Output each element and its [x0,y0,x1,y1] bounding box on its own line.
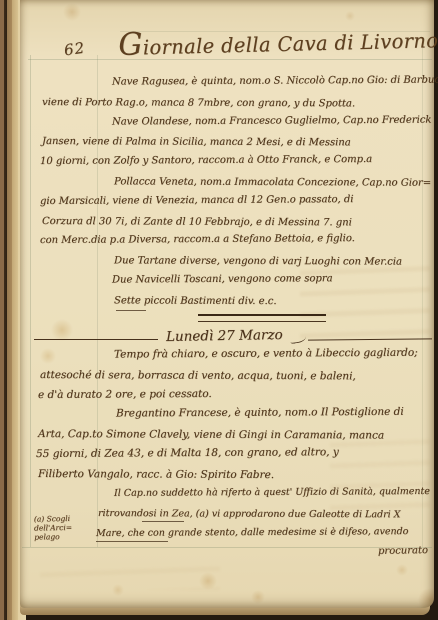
margin-note: (a) Scogli dell'Arci= pelago [34,513,100,541]
manuscript-line: 55 giorni, di Zea 43, e di Malta 18, con… [36,446,404,468]
manuscript-line: 10 giorni, con Zolfo y Santoro, raccom.a… [40,154,438,176]
sanita-report: Il Cap.no suddetto hà riferto à quest' U… [96,488,430,548]
manuscript-line: Due Navicelli Toscani, vengono come sopr… [40,272,438,294]
weather-paragraph: Tempo frà chiaro, e oscuro, e vento à Li… [38,349,418,409]
date-rule-right [308,338,432,341]
ink-bleed-through [40,560,220,590]
manuscript-line: con Merc.dia p.a Diversa, raccom.a a Ste… [40,233,438,255]
brigantine-entry: Bregantino Francese, è quinto, nom.o Il … [36,408,404,488]
date-rule-left [34,339,158,340]
ink-underline [116,310,146,311]
margin-note-line: (a) Scogli dell'Arci= [34,513,100,532]
ink-underline [96,541,168,542]
manuscript-scan: 62 Giornale della Cava di Livorno Nave R… [0,0,438,620]
section-divider [198,314,326,322]
manuscript-line: Mare, che con grande stento, dalle medes… [96,526,430,548]
arrivals-entries: Nave Ragusea, è quinta, nom.o S. Niccolò… [40,77,438,315]
manuscript-line: Nave Olandese, nom.a Francesco Guglielmo… [40,114,438,136]
ruling-line-left-outer [30,55,31,547]
date-heading-row: Lunedì 27 Marzo [34,324,432,344]
date-heading: Lunedì 27 Marzo [158,327,291,345]
manuscript-line: Bregantino Francese, è quinto, nom.o Il … [36,406,404,428]
catchword: procurato [320,545,428,558]
manuscript-line: Nave Ragusea, è quinta, nom.o S. Niccolò… [40,75,438,97]
manuscript-line: gio Marsicali, viene di Venezia, manca d… [40,193,438,215]
margin-note-line: pelago [34,531,100,541]
manuscript-line: Tempo frà chiaro, e oscuro, e vento à Li… [38,347,418,369]
ink-underline [142,521,184,522]
folio-number: 62 [63,39,86,60]
date-flourish [290,333,307,344]
manuscript-line: Il Cap.no suddetto hà riferto à quest' U… [96,486,430,508]
